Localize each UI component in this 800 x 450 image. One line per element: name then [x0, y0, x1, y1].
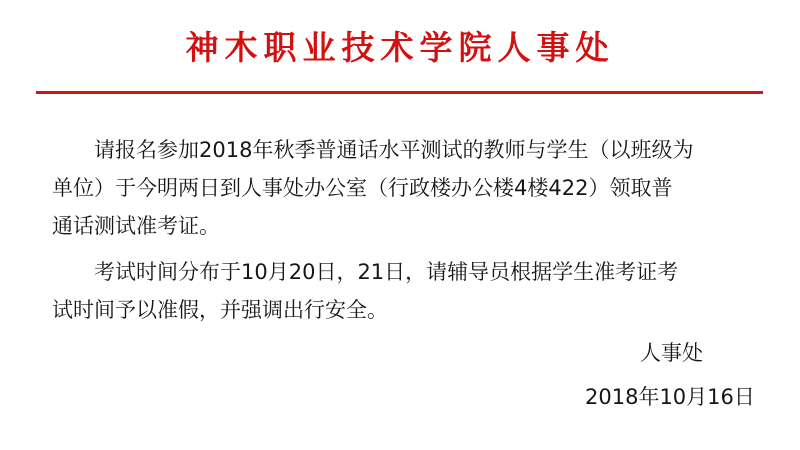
paragraph-2-line-1: 考试时间分布于10月20日，21日，请辅导员根据学生准考证考: [52, 253, 752, 291]
notice-paragraph-1: 请报名参加2018年秋季普通话水平测试的教师与学生（以班级为 单位）于今明两日到…: [52, 131, 752, 245]
notice-paragraph-2: 考试时间分布于10月20日，21日，请辅导员根据学生准考证考 试时间予以准假，并…: [52, 253, 752, 329]
paragraph-2-line-2: 试时间予以准假，并强调出行安全。: [52, 291, 752, 329]
signature-department: 人事处: [640, 338, 703, 368]
red-header-divider: [36, 91, 763, 94]
paragraph-1-line-2: 单位）于今明两日到人事处办公室（行政楼办公楼4楼422）领取普: [52, 169, 752, 207]
document-title: 神木职业技术学院人事处: [0, 26, 800, 70]
paragraph-1-line-1: 请报名参加2018年秋季普通话水平测试的教师与学生（以班级为: [52, 131, 752, 169]
paragraph-1-line-3: 通话测试准考证。: [52, 207, 752, 245]
signature-date: 2018年10月16日: [585, 382, 755, 412]
